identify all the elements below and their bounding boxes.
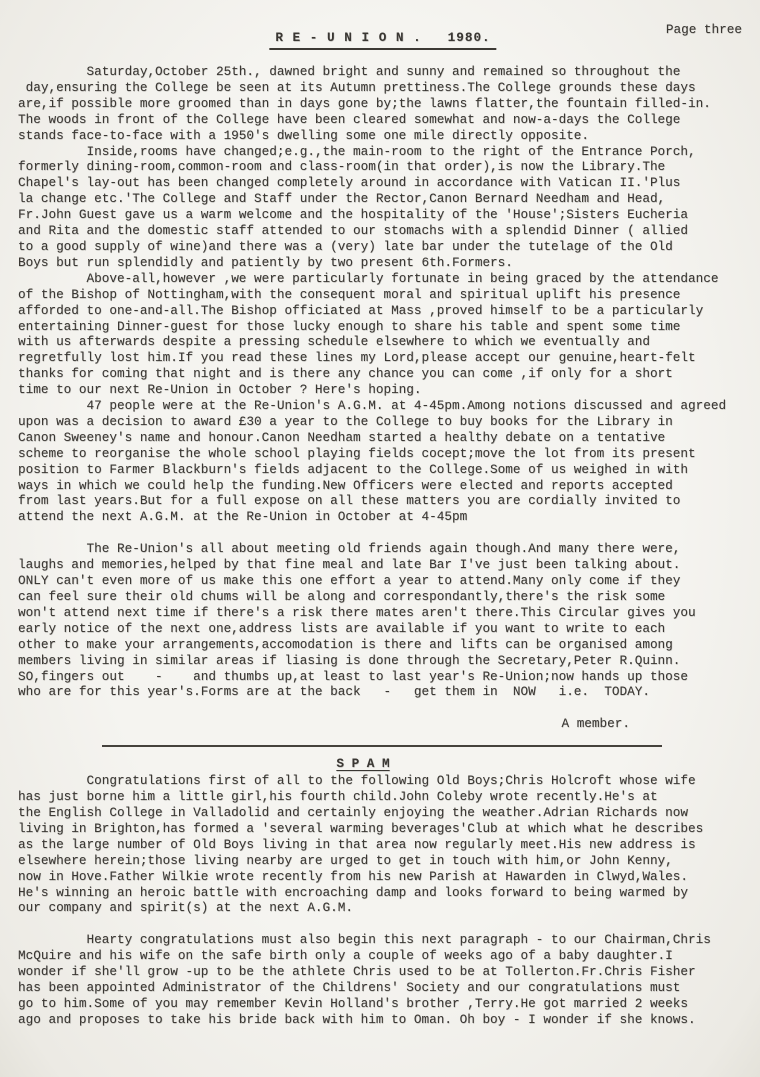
paragraph-old-friends: The Re-Union's all about meeting old fri… — [18, 541, 748, 700]
paragraph-agm: 47 people were at the Re-Union's A.G.M. … — [18, 398, 748, 525]
signature: A member. — [18, 716, 748, 732]
article-reunion: Saturday,October 25th., dawned bright an… — [18, 64, 748, 732]
paragraph-congratulations: Congratulations first of all to the foll… — [18, 773, 748, 916]
paragraph-hearty-congratulations: Hearty congratulations must also begin t… — [18, 932, 748, 1027]
section-divider — [102, 745, 662, 747]
paragraph-saturday: Saturday,October 25th., dawned bright an… — [18, 64, 748, 144]
page-number: Page three — [666, 22, 742, 38]
section-heading-spam: S P A M — [18, 756, 708, 772]
page-title: R E - U N I O N . 1980. — [269, 30, 496, 50]
paragraph-inside-rooms: Inside,rooms have changed;e.g.,the main-… — [18, 144, 748, 271]
document-page: R E - U N I O N . 1980. Page three Satur… — [0, 0, 760, 1077]
paragraph-bishop: Above-all,however ,we were particularly … — [18, 271, 748, 398]
article-spam: S P A M Congratulations first of all to … — [18, 756, 748, 1028]
page-header: R E - U N I O N . 1980. Page three — [18, 22, 748, 64]
